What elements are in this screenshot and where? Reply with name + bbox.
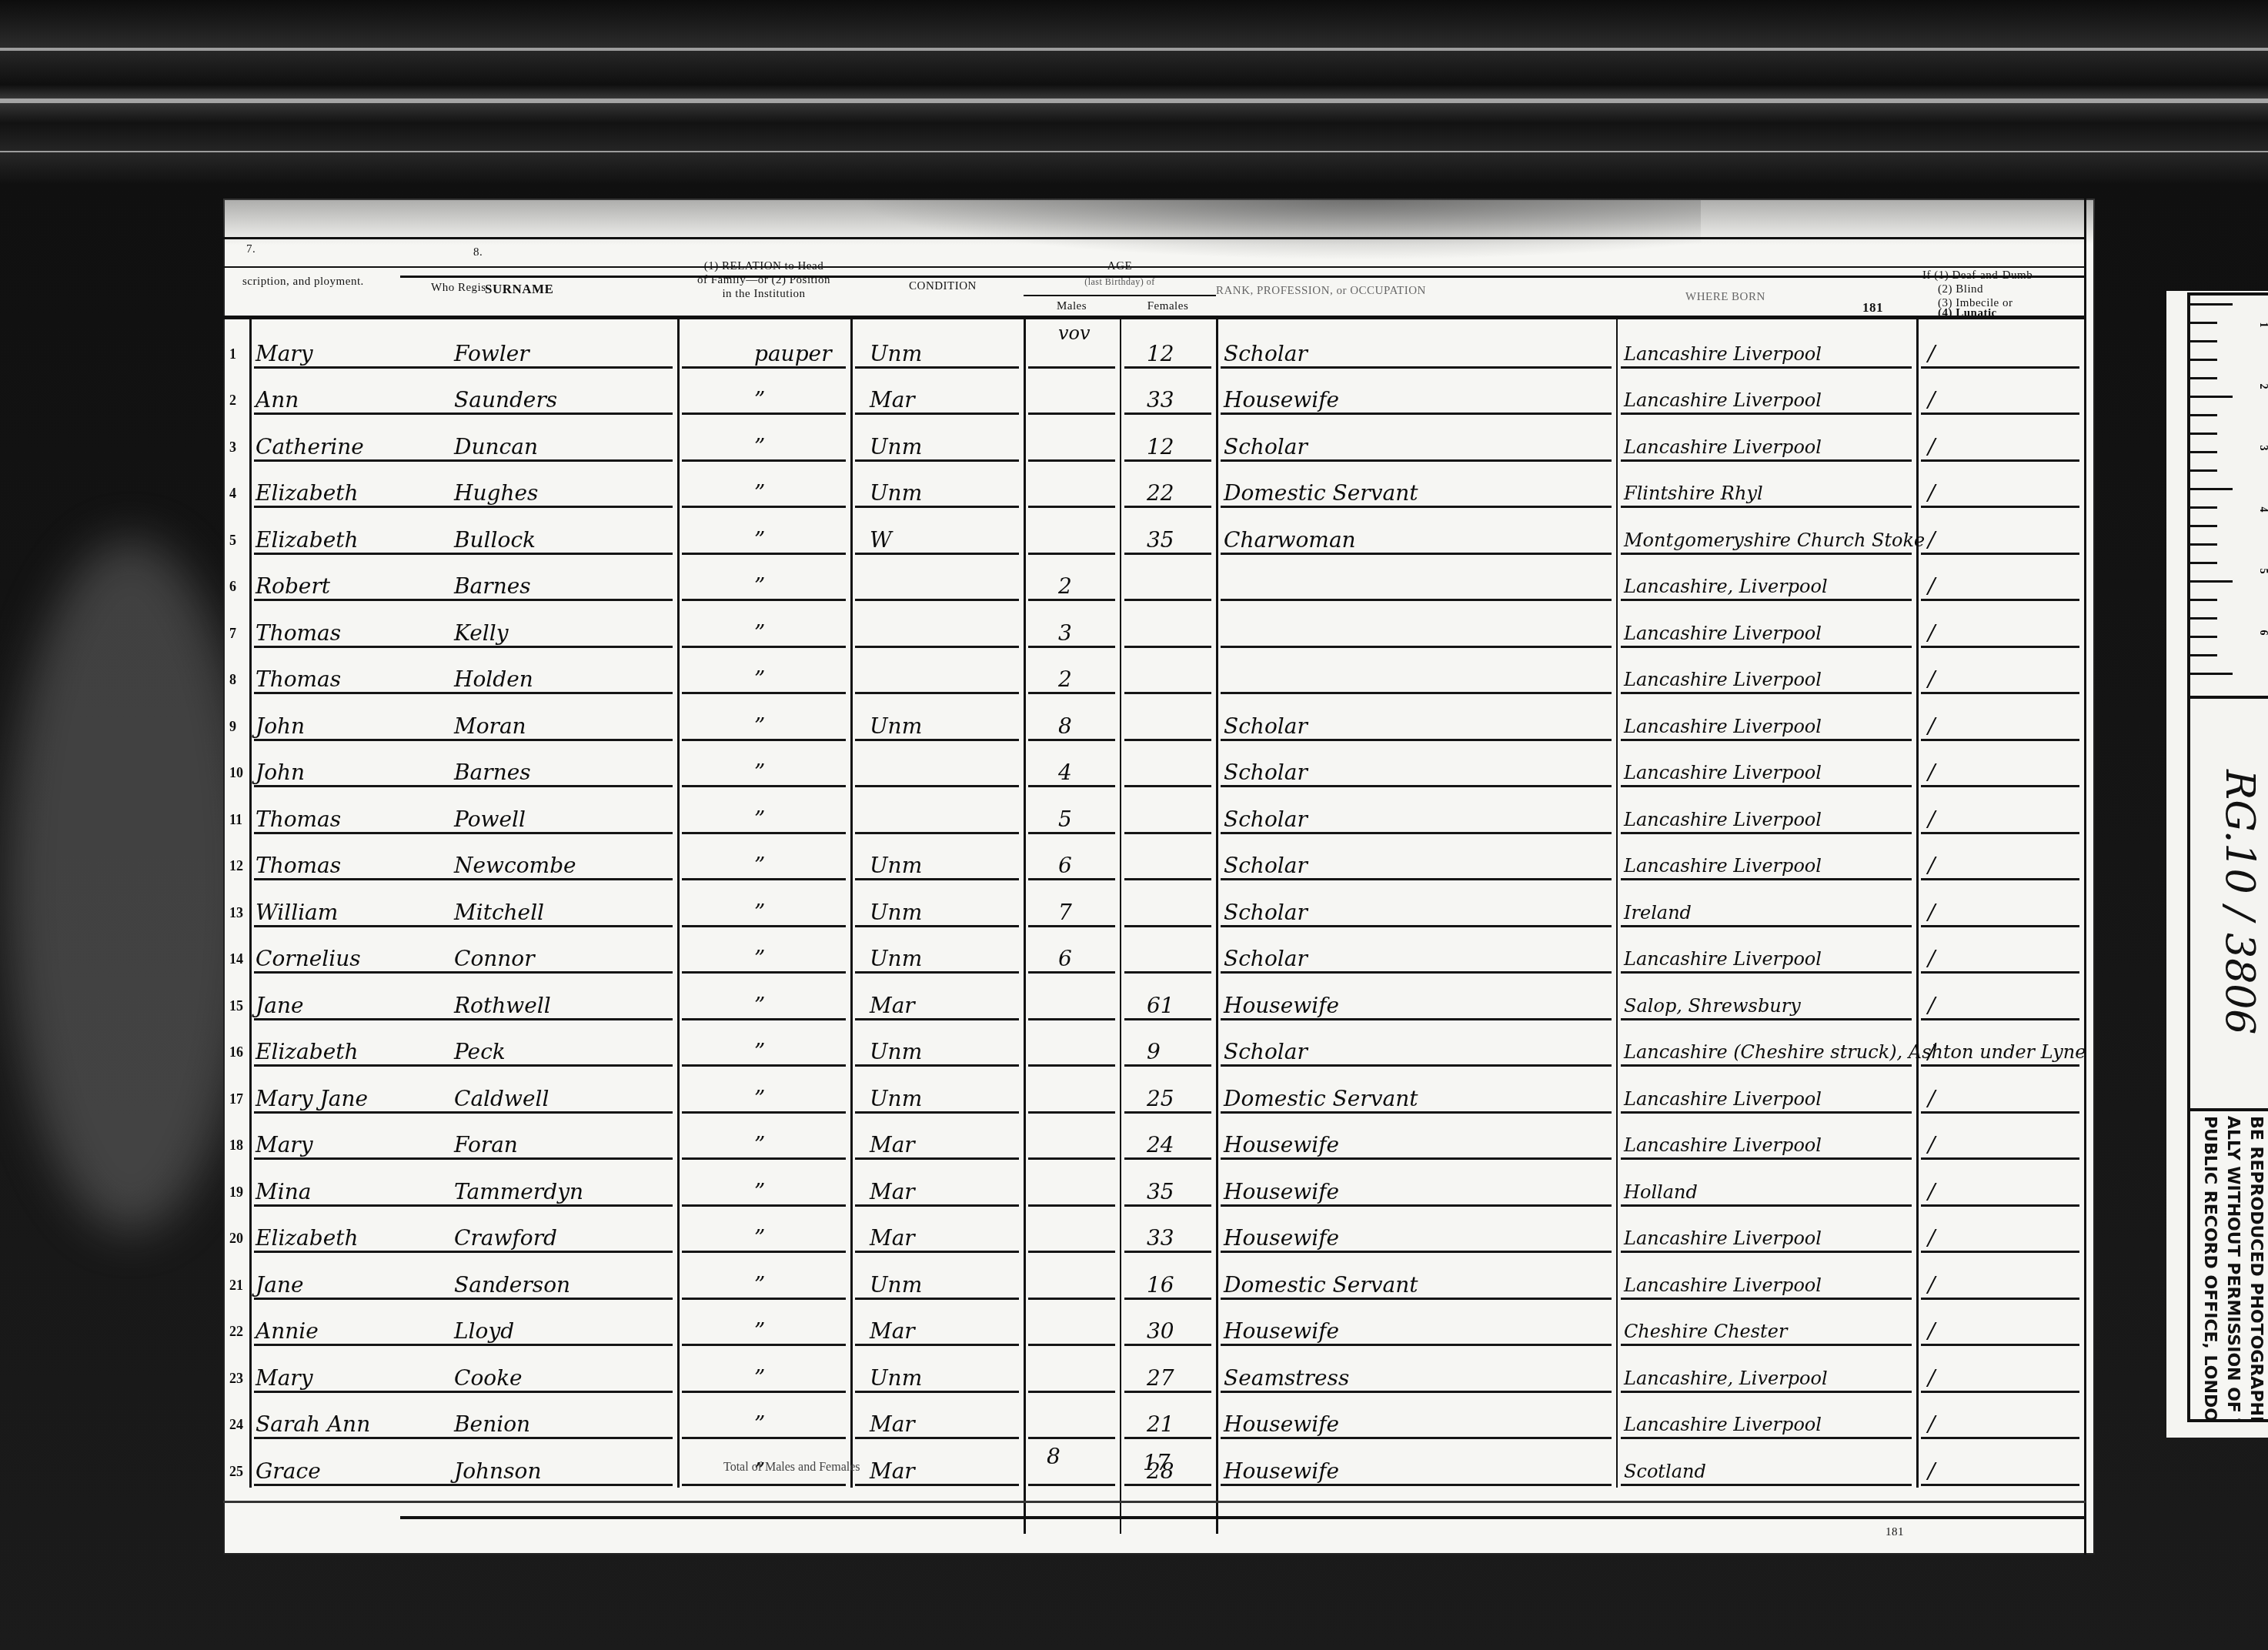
occupation: Housewife <box>1224 1227 1339 1250</box>
header-infirmity-1: If (1) Deaf-and-Dumb <box>1922 269 2033 282</box>
birthplace: Lancashire Liverpool <box>1624 1413 1822 1436</box>
table-row: 12ThomasNewcombe”Unm6ScholarLancashire L… <box>223 834 2095 881</box>
relation: ” <box>754 1367 765 1390</box>
notice-text: BE REPRODUCED PHOTOGRAPHIC- ALLY WITHOUT… <box>2198 1116 2267 1422</box>
birthplace: Salop, Shrewsbury <box>1624 994 1801 1017</box>
surname: Peck <box>454 1040 506 1064</box>
header-col-8-number: 8. <box>473 246 483 259</box>
relation: ” <box>754 901 765 924</box>
birthplace: Lancashire Liverpool <box>1624 622 1822 645</box>
row-rule <box>1621 1484 1912 1486</box>
relation: ” <box>754 622 765 645</box>
ruler-tick <box>2190 433 2217 435</box>
forename: Grace <box>256 1460 321 1483</box>
male-age: 6 <box>1058 947 1072 970</box>
occupation: Scholar <box>1224 761 1308 784</box>
condition: Unm <box>870 482 922 505</box>
surname: Johnson <box>454 1460 541 1483</box>
table-row: 20ElizabethCrawford”Mar33HousewifeLancas… <box>223 1207 2095 1254</box>
header-description: scription, and ployment. <box>242 276 366 289</box>
birthplace: Lancashire Liverpool <box>1624 342 1822 366</box>
occupation: Scholar <box>1224 947 1308 970</box>
infirmity-mark: / <box>1928 1413 1935 1436</box>
occupation: Housewife <box>1224 1413 1339 1436</box>
surname: Duncan <box>454 436 538 459</box>
birthplace: Lancashire Liverpool <box>1624 715 1822 738</box>
surname: Cooke <box>454 1367 523 1390</box>
female-age: 35 <box>1147 1181 1174 1204</box>
female-age: 22 <box>1147 482 1174 505</box>
birthplace: Lancashire Liverpool <box>1624 808 1822 831</box>
table-row: 9JohnMoran”Unm8ScholarLancashire Liverpo… <box>223 694 2095 741</box>
forename: Mina <box>256 1181 311 1204</box>
infirmity-mark: / <box>1928 389 1935 412</box>
condition: Mar <box>870 389 915 412</box>
table-row: 24Sarah AnnBenion”Mar21HousewifeLancashi… <box>223 1393 2095 1440</box>
female-age: 61 <box>1147 994 1174 1017</box>
relation: ” <box>754 761 765 784</box>
birthplace: Lancashire Liverpool <box>1624 436 1822 459</box>
relation: ” <box>754 854 765 877</box>
condition: Unm <box>870 1274 922 1297</box>
occupation: Scholar <box>1224 901 1308 924</box>
relation: ” <box>754 529 765 552</box>
table-row: 1MaryFowlerpauperUnm12ScholarLancashire … <box>223 322 2095 369</box>
surname: Saunders <box>454 389 557 412</box>
row-number: 24 <box>229 1413 243 1436</box>
condition: Unm <box>870 1367 922 1390</box>
ruler-tick <box>2190 617 2217 620</box>
infirmity-mark: / <box>1928 1367 1935 1390</box>
occupation: Housewife <box>1224 1134 1339 1157</box>
male-age: 7 <box>1058 901 1072 924</box>
relation: ” <box>754 389 765 412</box>
relation: ” <box>754 1413 765 1436</box>
row-rule <box>1124 1484 1211 1486</box>
occupation: Scholar <box>1224 342 1308 366</box>
header-males: Males <box>1024 300 1120 313</box>
condition: Unm <box>870 436 922 459</box>
row-number: 7 <box>229 622 236 645</box>
condition: Mar <box>870 1134 915 1157</box>
surname: Sanderson <box>454 1274 570 1297</box>
infirmity-mark: / <box>1928 342 1935 366</box>
infirmity-mark: / <box>1928 622 1935 645</box>
female-age: 27 <box>1147 1367 1174 1390</box>
occupation: Housewife <box>1224 1460 1339 1483</box>
relation: pauper <box>754 342 832 366</box>
surname: Kelly <box>454 622 508 645</box>
table-row: 3CatherineDuncan”Unm12ScholarLancashire … <box>223 415 2095 462</box>
ruler-tick <box>2190 340 2217 342</box>
forename: Cornelius <box>256 947 361 970</box>
ruler-tick <box>2190 359 2217 361</box>
table-row: 23MaryCooke”Unm27SeamstressLancashire, L… <box>223 1346 2095 1393</box>
relation: ” <box>754 1227 765 1250</box>
surname: Rothwell <box>454 994 551 1017</box>
infirmity-mark: / <box>1928 1320 1935 1343</box>
relation: ” <box>754 668 765 691</box>
infirmity-mark: / <box>1928 668 1935 691</box>
row-number: 11 <box>229 808 242 831</box>
ruler-tick <box>2190 580 2233 583</box>
footer-rule <box>223 1501 2086 1503</box>
relation: ” <box>754 1087 765 1111</box>
occupation: Seamstress <box>1224 1367 1349 1390</box>
ruler-tick <box>2190 469 2217 472</box>
birthplace: Lancashire Liverpool <box>1624 389 1822 412</box>
birthplace: Ireland <box>1624 901 1692 924</box>
row-number: 17 <box>229 1087 243 1111</box>
header-where-born: WHERE BORN <box>1685 291 1765 304</box>
female-age: 21 <box>1147 1413 1174 1436</box>
header-condition: CONDITION <box>854 280 1031 293</box>
birthplace: Flintshire Rhyl <box>1624 482 1763 505</box>
condition: Unm <box>870 715 922 738</box>
row-number: 15 <box>229 994 243 1017</box>
header-col-7-number: 7. <box>246 243 256 256</box>
female-age: 33 <box>1147 1227 1174 1250</box>
ruler-number: 1 <box>2256 322 2268 328</box>
female-age: 16 <box>1147 1274 1174 1297</box>
occupation: Housewife <box>1224 1181 1339 1204</box>
female-age: 35 <box>1147 529 1174 552</box>
forename: Ann <box>256 389 299 412</box>
row-rule <box>1221 1484 1612 1486</box>
ruler-number: 3 <box>2256 446 2268 451</box>
ruler-tick <box>2190 451 2217 453</box>
ruler-tick <box>2190 322 2217 324</box>
occupation: Scholar <box>1224 854 1308 877</box>
copyright-notice: BE REPRODUCED PHOTOGRAPHIC- ALLY WITHOUT… <box>2187 1108 2268 1422</box>
row-number: 2 <box>229 389 236 412</box>
infirmity-mark: / <box>1928 1181 1935 1204</box>
row-rule <box>254 1484 673 1486</box>
birthplace: Scotland <box>1624 1460 1706 1483</box>
condition: Mar <box>870 1227 915 1250</box>
scan-streak <box>0 48 2268 51</box>
header-age-sublabel: (last Birthday) of <box>1024 276 1216 289</box>
header-page-code: 181 <box>1862 300 1883 315</box>
condition: Mar <box>870 1181 915 1204</box>
ruler-tick <box>2190 562 2217 564</box>
occupation: Scholar <box>1224 436 1308 459</box>
ruler-tick <box>2190 654 2217 656</box>
ruler-number: 2 <box>2256 384 2268 389</box>
total-label: Total of Males and Females <box>723 1461 860 1475</box>
infirmity-mark: / <box>1928 1274 1935 1297</box>
relation: ” <box>754 808 765 831</box>
male-age: 2 <box>1058 575 1072 598</box>
row-number: 1 <box>229 342 236 366</box>
ruler-tick <box>2190 506 2217 509</box>
header-relation-line2: of Family—or (2) Position <box>677 274 850 287</box>
occupation: Domestic Servant <box>1224 482 1418 505</box>
female-age: 9 <box>1147 1040 1161 1064</box>
row-number: 4 <box>229 482 236 505</box>
occupation: Scholar <box>1224 1040 1308 1064</box>
female-age: 30 <box>1147 1320 1174 1343</box>
forename: Mary Jane <box>256 1087 368 1111</box>
relation: ” <box>754 1040 765 1064</box>
header-relation-line3: in the Institution <box>677 288 850 301</box>
table-row: 4ElizabethHughes”Unm22Domestic ServantFl… <box>223 462 2095 509</box>
table-row: 22AnnieLloyd”Mar30HousewifeCheshire Ches… <box>223 1300 2095 1347</box>
table-row: 5ElizabethBullock”W35CharwomanMontgomery… <box>223 508 2095 555</box>
relation: ” <box>754 1274 765 1297</box>
surname: Moran <box>454 715 526 738</box>
relation: ” <box>754 436 765 459</box>
header-surname: SURNAME <box>485 282 553 296</box>
forename: Elizabeth <box>256 1227 359 1250</box>
condition: Unm <box>870 901 922 924</box>
surname: Benion <box>454 1413 530 1436</box>
row-number: 12 <box>229 854 243 877</box>
table-row: 17Mary JaneCaldwell”Unm25Domestic Servan… <box>223 1067 2095 1114</box>
male-age: 5 <box>1058 808 1072 831</box>
birthplace: Lancashire Liverpool <box>1624 1087 1822 1111</box>
infirmity-mark: / <box>1928 715 1935 738</box>
forename: Elizabeth <box>256 529 359 552</box>
row-number: 16 <box>229 1040 243 1064</box>
birthplace: Lancashire Liverpool <box>1624 1227 1822 1250</box>
table-row: 18MaryForan”Mar24HousewifeLancashire Liv… <box>223 1114 2095 1161</box>
infirmity-mark: / <box>1928 901 1935 924</box>
table-row: 21JaneSanderson”Unm16Domestic ServantLan… <box>223 1253 2095 1300</box>
infirmity-mark: / <box>1928 1227 1935 1250</box>
total-males: 8 <box>1047 1445 1061 1468</box>
infirmity-mark: / <box>1928 1040 1935 1064</box>
total-females: 17 <box>1143 1451 1171 1475</box>
ruler-tick <box>2190 414 2217 416</box>
forename: Jane <box>256 1274 304 1297</box>
birthplace: Lancashire Liverpool <box>1624 668 1822 691</box>
table-row: 11ThomasPowell”5ScholarLancashire Liverp… <box>223 787 2095 834</box>
forename: Annie <box>256 1320 319 1343</box>
infirmity-mark: / <box>1928 947 1935 970</box>
ruler-number: 6 <box>2256 630 2268 636</box>
ruler-tick <box>2190 599 2217 601</box>
footer-rule <box>400 1516 2086 1519</box>
census-page: 7. 8. scription, and ployment. Who Regis… <box>223 199 2095 1555</box>
row-number: 22 <box>229 1320 243 1343</box>
table-row: 2AnnSaunders”Mar33HousewifeLancashire Li… <box>223 369 2095 416</box>
surname: Caldwell <box>454 1087 549 1111</box>
female-age: 12 <box>1147 436 1174 459</box>
ruler-tick <box>2190 488 2233 490</box>
occupation: Charwoman <box>1224 529 1356 552</box>
infirmity-mark: / <box>1928 529 1935 552</box>
birthplace: Lancashire, Liverpool <box>1624 575 1828 598</box>
forename: William <box>256 901 338 924</box>
piece-reference: RG.10 / 3806 <box>2216 770 2263 1034</box>
row-rule <box>1028 1484 1115 1486</box>
infirmity-mark: / <box>1928 854 1935 877</box>
infirmity-mark: / <box>1928 575 1935 598</box>
occupation: Housewife <box>1224 994 1339 1017</box>
scale-ruler: 123456 <box>2187 292 2268 699</box>
forename: John <box>256 761 305 784</box>
infirmity-mark: / <box>1928 994 1935 1017</box>
forename: Sarah Ann <box>256 1413 370 1436</box>
infirmity-mark: / <box>1928 808 1935 831</box>
birthplace: Lancashire Liverpool <box>1624 854 1822 877</box>
condition: Unm <box>870 854 922 877</box>
row-number: 18 <box>229 1134 243 1157</box>
header-infirmity-4: (4) Lunatic <box>1938 306 1997 321</box>
surname: Powell <box>454 808 526 831</box>
relation: ” <box>754 1134 765 1157</box>
row-number: 23 <box>229 1367 243 1390</box>
ruler-tick <box>2190 396 2233 398</box>
header-females: Females <box>1120 300 1216 313</box>
row-number: 25 <box>229 1460 243 1483</box>
relation: ” <box>754 994 765 1017</box>
forename: Elizabeth <box>256 482 359 505</box>
surname: Connor <box>454 947 535 970</box>
female-age: 33 <box>1147 389 1174 412</box>
row-number: 13 <box>229 901 243 924</box>
female-age: 12 <box>1147 342 1174 366</box>
ruler-number: 4 <box>2256 507 2268 513</box>
surname: Crawford <box>454 1227 557 1250</box>
birthplace: Lancashire (Cheshire struck), Ashton und… <box>1624 1040 2086 1064</box>
row-number: 14 <box>229 947 243 970</box>
surname: Fowler <box>454 342 529 366</box>
surname: Barnes <box>454 761 531 784</box>
header-infirmity-2: (2) Blind <box>1938 283 1983 296</box>
footer-page-code: 181 <box>1886 1526 1904 1539</box>
condition: Unm <box>870 342 922 366</box>
row-number: 9 <box>229 715 236 738</box>
birthplace: Lancashire, Liverpool <box>1624 1367 1828 1390</box>
occupation: Domestic Servant <box>1224 1087 1418 1111</box>
ruler-tick <box>2190 543 2217 546</box>
occupation: Scholar <box>1224 715 1308 738</box>
ruler-tick <box>2190 525 2217 527</box>
ruler-tick <box>2190 636 2217 638</box>
birthplace: Lancashire Liverpool <box>1624 761 1822 784</box>
female-age: 25 <box>1147 1087 1174 1111</box>
row-number: 21 <box>229 1274 243 1297</box>
surname: Newcombe <box>454 854 576 877</box>
relation: ” <box>754 1181 765 1204</box>
table-header: 7. 8. scription, and ployment. Who Regis… <box>223 199 2095 318</box>
female-age: 24 <box>1147 1134 1174 1157</box>
table-row: 16ElizabethPeck”Unm9ScholarLancashire (C… <box>223 1020 2095 1067</box>
row-number: 3 <box>229 436 236 459</box>
surname: Barnes <box>454 575 531 598</box>
surname: Tammerdyn <box>454 1181 583 1204</box>
relation: ” <box>754 575 765 598</box>
birthplace: Lancashire Liverpool <box>1624 1274 1822 1297</box>
ruler-tick <box>2190 303 2233 306</box>
forename: John <box>256 715 305 738</box>
relation: ” <box>754 947 765 970</box>
ruler-tick <box>2190 673 2233 675</box>
relation: ” <box>754 482 765 505</box>
infirmity-mark: / <box>1928 1087 1935 1111</box>
row-number: 5 <box>229 529 236 552</box>
row-number: 10 <box>229 761 243 784</box>
scan-streak <box>0 151 2268 152</box>
surname: Hughes <box>454 482 538 505</box>
row-number: 6 <box>229 575 236 598</box>
surname: Bullock <box>454 529 536 552</box>
table-row: 10JohnBarnes”4ScholarLancashire Liverpoo… <box>223 741 2095 788</box>
condition: Unm <box>870 947 922 970</box>
film-blotch <box>8 539 254 1231</box>
table-row: 7ThomasKelly”3Lancashire Liverpool/ <box>223 601 2095 648</box>
ruler-tick <box>2190 377 2217 379</box>
notice-line: BE REPRODUCED PHOTOGRAPHIC- <box>2244 1116 2267 1422</box>
row-rule <box>1921 1484 2079 1486</box>
male-age: 8 <box>1058 715 1072 738</box>
header-registered: Who Regis <box>431 282 486 295</box>
occupation: Scholar <box>1224 808 1308 831</box>
infirmity-mark: / <box>1928 1460 1935 1483</box>
header-relation-line1: (1) RELATION to Head <box>677 260 850 273</box>
male-age: 4 <box>1058 761 1072 784</box>
condition: W <box>870 529 892 552</box>
table-row: 13WilliamMitchell”Unm7ScholarIreland/ <box>223 880 2095 927</box>
table-row: 14CorneliusConnor”Unm6ScholarLancashire … <box>223 927 2095 974</box>
notice-line: PUBLIC RECORD OFFICE, LONDON <box>2198 1116 2221 1422</box>
infirmity-mark: / <box>1928 761 1935 784</box>
male-age: 3 <box>1058 622 1072 645</box>
surname: Foran <box>454 1134 518 1157</box>
forename: Mary <box>256 1134 313 1157</box>
forename: Mary <box>256 1367 313 1390</box>
forename: Thomas <box>256 622 341 645</box>
header-age: AGE <box>1024 260 1216 273</box>
infirmity-mark: / <box>1928 1134 1935 1157</box>
surname: Holden <box>454 668 533 691</box>
infirmity-mark: / <box>1928 482 1935 505</box>
occupation: Housewife <box>1224 1320 1339 1343</box>
infirmity-mark: / <box>1928 436 1935 459</box>
condition: Mar <box>870 1413 915 1436</box>
ruler-number: 5 <box>2256 569 2268 574</box>
row-rule <box>855 1484 1019 1486</box>
relation: ” <box>754 1320 765 1343</box>
forename: Catherine <box>256 436 364 459</box>
forename: Elizabeth <box>256 1040 359 1064</box>
forename: Jane <box>256 994 304 1017</box>
table-row: 6RobertBarnes”2Lancashire, Liverpool/ <box>223 555 2095 602</box>
forename: Thomas <box>256 854 341 877</box>
condition: Unm <box>870 1087 922 1111</box>
surname: Lloyd <box>454 1320 514 1343</box>
row-number: 20 <box>229 1227 243 1250</box>
birthplace: Lancashire Liverpool <box>1624 947 1822 970</box>
table-row: 8ThomasHolden”2Lancashire Liverpool/ <box>223 648 2095 695</box>
forename: Thomas <box>256 668 341 691</box>
male-age: 2 <box>1058 668 1072 691</box>
row-number: 19 <box>229 1181 243 1204</box>
condition: Mar <box>870 1320 915 1343</box>
occupation: Domestic Servant <box>1224 1274 1418 1297</box>
birthplace: Lancashire Liverpool <box>1624 1134 1822 1157</box>
forename: Robert <box>256 575 330 598</box>
relation: ” <box>754 715 765 738</box>
notice-line: ALLY WITHOUT PERMISSION OF THE <box>2221 1116 2244 1422</box>
forename: Thomas <box>256 808 341 831</box>
surname: Mitchell <box>454 901 544 924</box>
row-number: 8 <box>229 668 236 691</box>
male-age: 6 <box>1058 854 1072 877</box>
forename: Mary <box>256 342 313 366</box>
